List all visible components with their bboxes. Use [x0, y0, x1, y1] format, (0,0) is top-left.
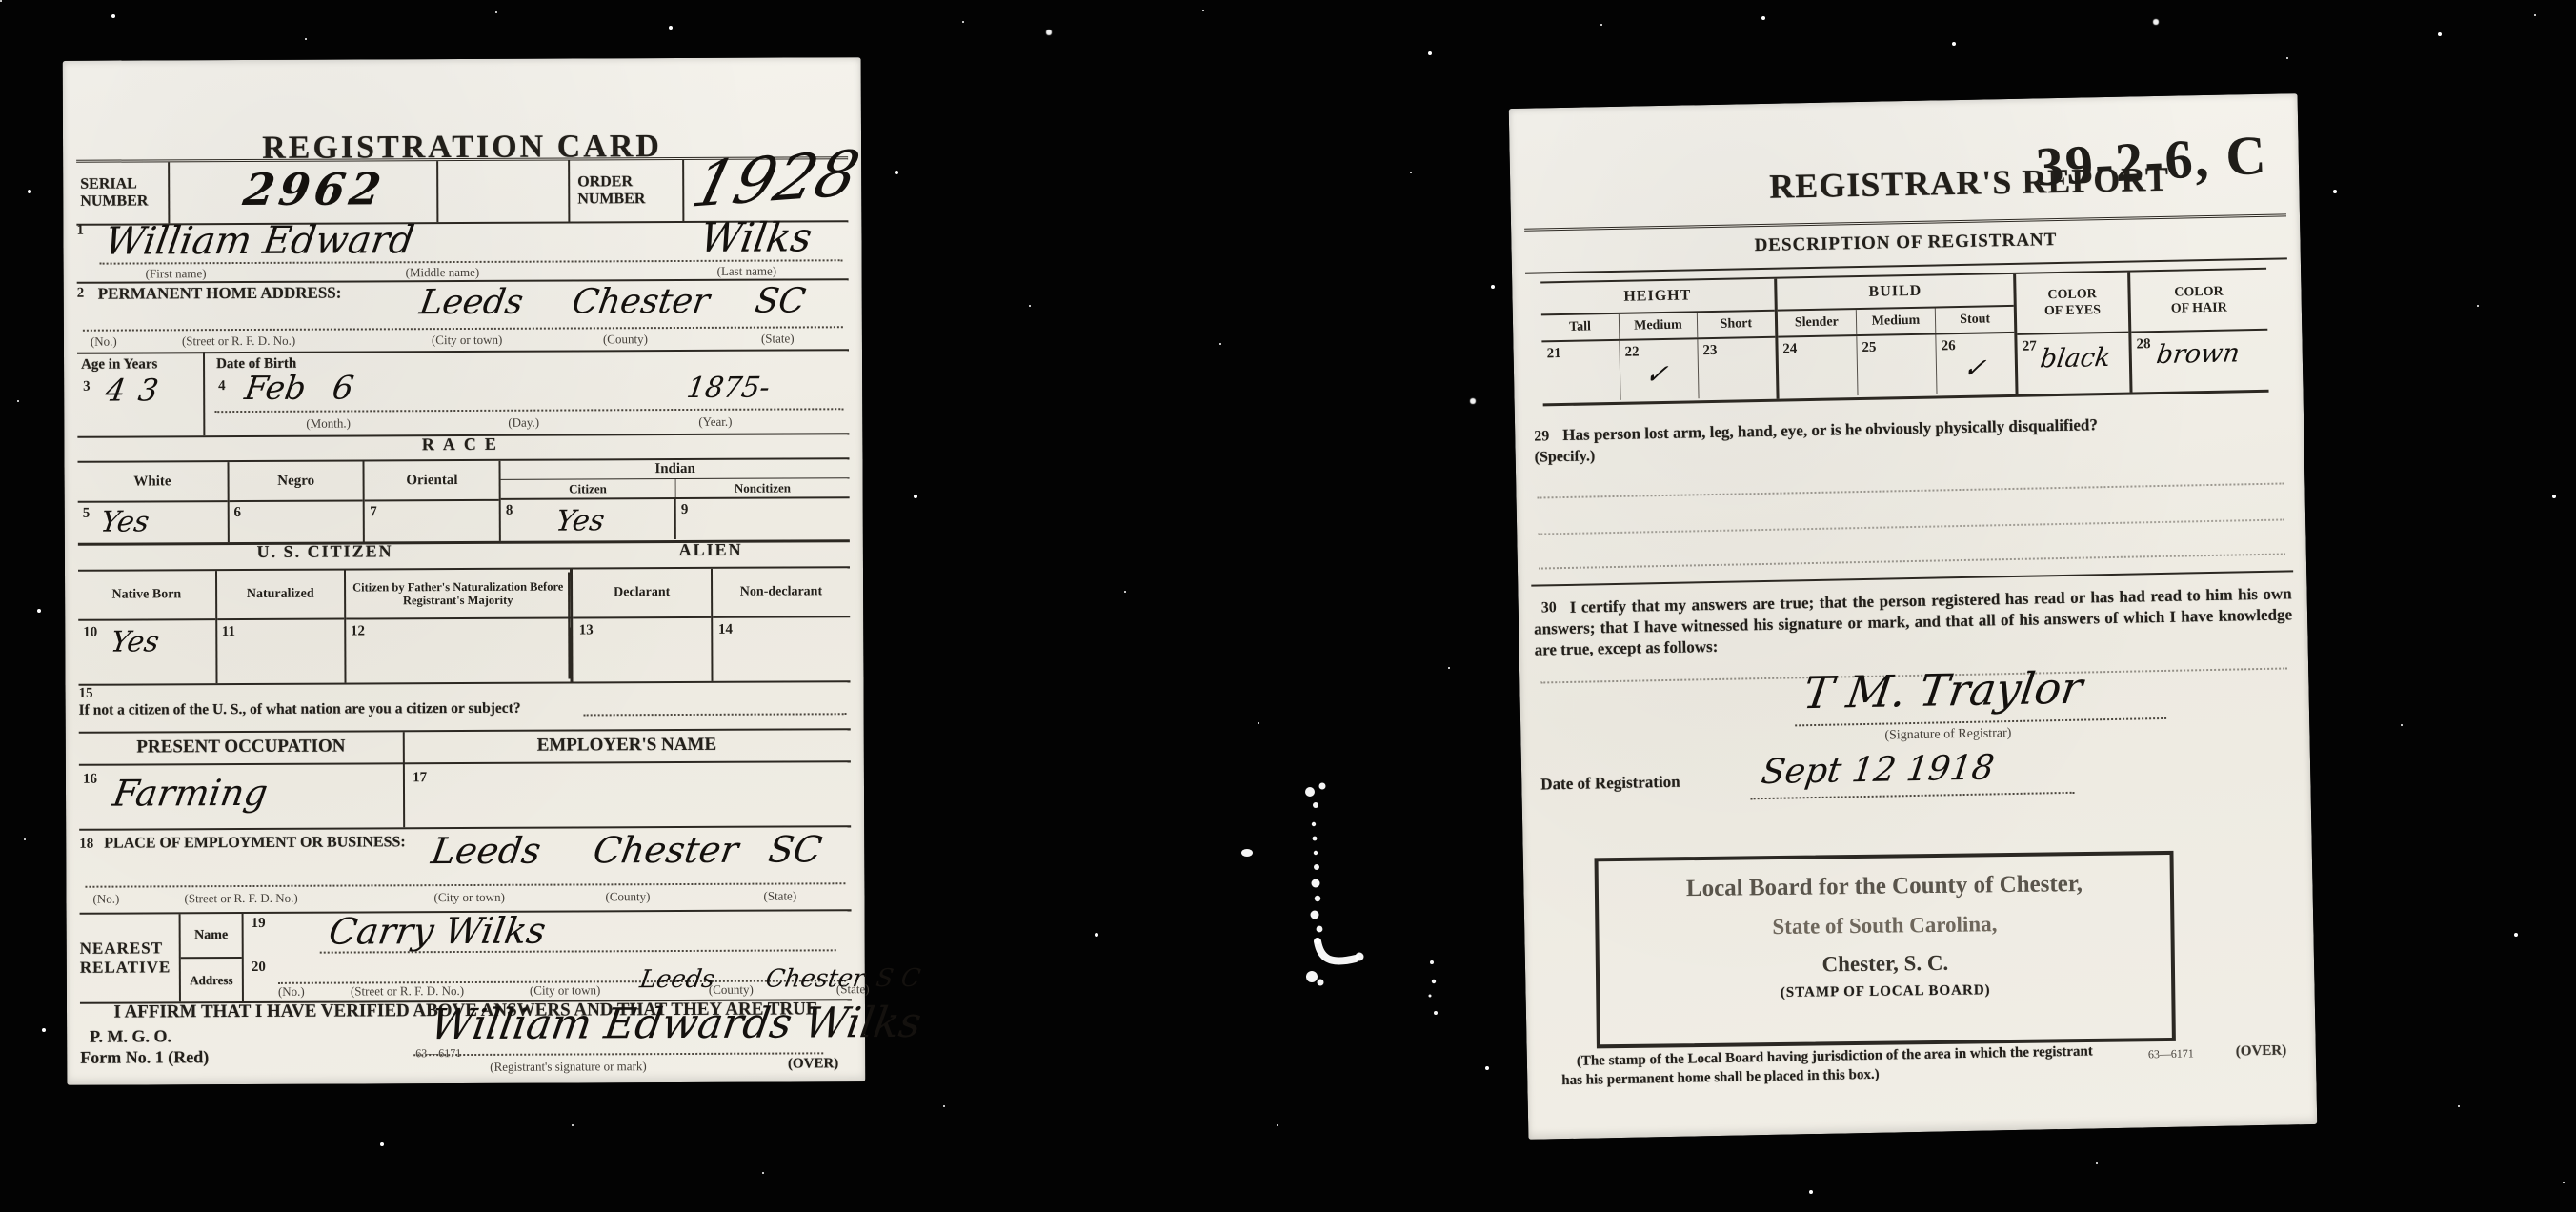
registrar-signature-handwriting: T M. Traylor [1801, 666, 2084, 716]
order-number-value: 1928 [686, 142, 865, 216]
dob-year-handwriting: 1875- [685, 374, 772, 403]
hair-header: COLOR OF HAIR [2130, 270, 2267, 333]
race-indian-header: Indian [501, 459, 850, 480]
employment-county-label: (County) [605, 889, 650, 904]
medium-height-header: Medium [1619, 313, 1697, 339]
relative-addr-city-handwriting: Leeds [638, 967, 716, 992]
stamp-line-1: Local Board for the County of Chester, [1599, 870, 2170, 903]
build-header: BUILD [1777, 274, 2014, 312]
race-negro-cell: 6 [229, 501, 363, 542]
registration-date-line [1751, 792, 2075, 800]
employment-city-label: (City or town) [433, 890, 504, 905]
race-indian-citizen-header: Citizen [501, 479, 675, 498]
registration-date-handwriting: Sept 12 1918 [1760, 751, 1997, 790]
print-code-right-card: 63—6171 [2148, 1046, 2194, 1061]
relative-name-rowlabel: Name [194, 928, 228, 943]
short-cell: 23 [1697, 338, 1776, 399]
stamp-serial-number: 39-2-6, C [2034, 123, 2269, 199]
race-indian-subheaders: Citizen Noncitizen [501, 478, 850, 500]
film-scratch-artifact [1234, 738, 1481, 1024]
address-city-label: (City or town) [432, 333, 502, 348]
race-heading: RACE [422, 434, 505, 454]
question-29: 29 Has person lost arm, leg, hand, eye, … [1534, 412, 2285, 483]
citizenship-section: U. S. CITIZEN ALIEN Native Born 10 Yes N… [78, 539, 851, 684]
q29-number: 29 [1534, 428, 1549, 445]
registrar-signature-label: (Signature of Registrar) [1884, 726, 2011, 744]
relative-rowlabel-col: Name Address [181, 914, 244, 1001]
non-declarant-cell: 14 [713, 617, 851, 681]
medium-height-checkmark: ✓ [1643, 361, 1669, 389]
q29-answer-line-3 [1539, 553, 2285, 569]
age-value-handwriting: 43 [104, 374, 174, 405]
cell16-number: 16 [83, 772, 97, 788]
over-label-left-card: (OVER) [788, 1056, 838, 1072]
relative-street-label: (Street or R. F. D. No.) [351, 983, 464, 1000]
slender-header: Slender [1778, 310, 1857, 336]
address-county-handwriting: Chester [570, 285, 712, 320]
relative-no-label: (No.) [278, 984, 305, 1000]
age-number: 3 [83, 379, 91, 395]
race-indian-noncitizen-cell: 9 [674, 498, 850, 539]
relative-addr-rowlabel: Address [190, 973, 232, 988]
race-col-oriental: Oriental 7 [363, 461, 499, 542]
serial-number-label: SERIAL NUMBER [76, 162, 168, 223]
race-white-answer: Yes [98, 508, 151, 536]
form-number-label: Form No. 1 (Red) [80, 1047, 209, 1068]
q29-specify-label: (Specify.) [1535, 448, 1596, 466]
order-number-label: ORDER NUMBER [568, 160, 684, 222]
relative-county-label: (County) [709, 982, 754, 998]
employment-place-section: 18 PLACE OF EMPLOYMENT OR BUSINESS: Leed… [79, 825, 851, 911]
hair-cell: 28 brown [2131, 331, 2268, 393]
citizen-by-father-col: Citizen by Father's Naturalization Befor… [344, 570, 571, 683]
serial-number-box: 2962 [168, 161, 438, 223]
registrars-report-card: REGISTRAR'S REPORT 39-2-6, C DESCRIPTION… [1509, 93, 2318, 1140]
dob-month-label: (Month.) [306, 416, 351, 432]
dob-day-handwriting: 6 [331, 372, 356, 404]
registration-footer: P. M. G. O. Form No. 1 (Red) 63—6171 Wil… [80, 1021, 852, 1082]
native-born-col: Native Born 10 Yes [78, 571, 215, 684]
age-dob-divider [203, 352, 205, 435]
employer-heading: EMPLOYER'S NAME [537, 735, 717, 756]
nearest-relative-label: NEAREST RELATIVE [80, 914, 181, 1001]
tall-cell: 21 [1541, 341, 1620, 402]
race-negro-header: Negro [229, 461, 363, 502]
native-born-cell: 10 Yes [78, 620, 215, 684]
height-group: HEIGHT Tall Medium Short 21 22 ✓ 23 [1540, 279, 1776, 404]
non-declarant-header: Non-declarant [713, 568, 850, 618]
description-subtitle-wrap: DESCRIPTION OF REGISTRANT [1524, 225, 2286, 260]
occupation-handwriting: Farming [111, 775, 270, 812]
line15-dotted-line [584, 713, 847, 716]
medium-build-header: Medium [1856, 309, 1936, 335]
cell20-number: 20 [252, 959, 266, 976]
race-col-negro: Negro 6 [227, 461, 363, 542]
home-address-line: 2 PERMANENT HOME ADDRESS: Leeds Chester … [77, 278, 849, 354]
home-address-heading: PERMANENT HOME ADDRESS: [98, 284, 342, 304]
address-street-label: (Street or R. F. D. No.) [182, 333, 295, 350]
build-group: BUILD Slender Medium Stout 24 25 26 ✓ [1774, 274, 2016, 399]
stout-cell: 26 ✓ [1935, 333, 2015, 394]
scanned-document-page: REGISTRATION CARD SERIAL NUMBER 2962 ORD… [0, 0, 2576, 1212]
native-born-answer: Yes [109, 628, 161, 656]
race-white-cell: 5 Yes [78, 502, 228, 543]
q30-certification-text: I certify that my answers are true; that… [1534, 583, 2293, 661]
relative-city-label: (City or town) [530, 982, 600, 998]
question-30: 30 I certify that my answers are true; t… [1534, 583, 2293, 661]
address-state-handwriting: SC [753, 284, 808, 318]
description-table: HEIGHT Tall Medium Short 21 22 ✓ 23 BUIL… [1540, 268, 2268, 407]
middle-name-label: (Middle name) [406, 265, 480, 280]
employment-place-heading: PLACE OF EMPLOYMENT OR BUSINESS: [104, 834, 406, 852]
address-state-label: (State) [761, 331, 795, 346]
race-indian-citizen-cell: 8 Yes [501, 499, 674, 540]
address-dotted-line [83, 326, 843, 331]
alien-heading: ALIEN [679, 540, 743, 559]
q29-answer-line-2 [1538, 518, 2284, 535]
over-label-right-card: (OVER) [2236, 1043, 2287, 1060]
naturalized-cell: 11 [217, 620, 345, 684]
line15-section: 15 If not a citizen of the U. S., of wha… [79, 682, 851, 730]
stamp-line-3: Chester, S. C. [1600, 948, 2171, 980]
citizenship-table: Native Born 10 Yes Naturalized 11 Citi [78, 566, 851, 686]
slender-cell: 24 [1778, 336, 1857, 397]
race-oriental-cell: 7 [365, 501, 499, 542]
eyes-color-handwriting: black [2039, 345, 2112, 372]
declarant-cell: 13 [574, 618, 712, 682]
name-line: 1 William Edward Wilks (First name) (Mid… [76, 217, 848, 284]
employment-county-handwriting: Chester [591, 832, 740, 869]
registrant-signature-handwriting: William Edwards Wilks [428, 1002, 924, 1046]
us-citizen-heading-wrap: U. S. CITIZEN [78, 541, 572, 563]
signature-dotted-line [413, 1052, 823, 1056]
race-indian-noncitizen-header: Noncitizen [674, 478, 850, 497]
race-col-indian: Indian Citizen Noncitizen 8 Yes 9 [499, 459, 850, 541]
alien-heading-wrap: ALIEN [572, 539, 850, 560]
stout-checkmark: ✓ [1962, 354, 1987, 382]
occupation-section: PRESENT OCCUPATION EMPLOYER'S NAME 16 Fa… [79, 728, 851, 831]
stamp-box-caption: (STAMP OF LOCAL BOARD) [1600, 980, 2171, 1003]
declarant-col: Declarant 13 [573, 569, 711, 682]
stamp-instruction-note: (The stamp of the Local Board having jur… [1561, 1042, 2096, 1090]
native-born-header: Native Born [78, 571, 215, 621]
relative-name-rowlabel-wrap: Name [181, 914, 242, 959]
q29-answer-line-1 [1538, 482, 2284, 498]
hair-color-handwriting: brown [2155, 340, 2242, 368]
description-subtitle: DESCRIPTION OF REGISTRANT [1754, 230, 2057, 255]
race-section: RACE White 5 Yes Negro 6 Orient [77, 433, 849, 541]
relative-content: 19 Carry Wilks 20 (No.) (Street or R. F.… [244, 911, 852, 1001]
film-dust-speckles [0, 0, 2, 2]
stamp-line-2: State of South Carolina, [1599, 910, 2170, 941]
race-table: White 5 Yes Negro 6 Oriental 7 [77, 457, 849, 546]
eyes-header: COLOR OF EYES [2016, 273, 2128, 335]
employer-heading-wrap: EMPLOYER'S NAME [403, 734, 851, 757]
address-city-handwriting: Leeds [417, 286, 526, 320]
registrant-signature-label: (Registrant's signature or mark) [490, 1059, 647, 1075]
citizen-by-father-header: Citizen by Father's Naturalization Befor… [346, 570, 571, 620]
pmgo-label: P. M. G. O. [90, 1026, 171, 1046]
us-citizen-group: Native Born 10 Yes Naturalized 11 Citi [78, 570, 571, 684]
alien-group: Declarant 13 Non-declarant 14 [570, 568, 850, 681]
race-col-white: White 5 Yes [77, 462, 227, 543]
line15-number: 15 [79, 686, 93, 702]
occupation-header-rule [79, 760, 851, 766]
q29-text: Has person lost arm, leg, hand, eye, or … [1562, 415, 2098, 445]
tall-header: Tall [1541, 314, 1619, 341]
nearest-relative-section: NEAREST RELATIVE Name Address 19 Carry W… [80, 909, 852, 1004]
first-middle-name-handwriting: William Edward [102, 221, 416, 260]
race-heading-wrap: RACE [77, 433, 849, 456]
citizen-by-father-cell: 12 [346, 619, 571, 683]
employment-street-label: (Street or R. F. D. No.) [184, 891, 297, 907]
hair-group: COLOR OF HAIR 28 brown [2127, 270, 2268, 393]
last-name-handwriting: Wilks [697, 217, 815, 258]
line1-number: 1 [76, 223, 84, 239]
non-declarant-col: Non-declarant 14 [711, 568, 851, 681]
naturalized-col: Naturalized 11 [214, 571, 344, 684]
local-board-stamp-box: Local Board for the County of Chester, S… [1595, 851, 2176, 1048]
cell19-number: 19 [252, 916, 266, 932]
employment-no-label: (No.) [92, 892, 119, 907]
serial-row-spacer [438, 161, 568, 223]
line15-question: If not a citizen of the U. S., of what n… [79, 700, 521, 719]
line18-number: 18 [79, 837, 93, 853]
order-number-box: 1928 [684, 159, 848, 221]
first-name-label: (First name) [146, 266, 207, 281]
address-no-label: (No.) [91, 334, 117, 350]
eyes-cell: 27 black [2018, 333, 2130, 394]
dob-number: 4 [218, 378, 226, 394]
relative-addr-rowlabel-wrap: Address [181, 959, 242, 1001]
declarant-header: Declarant [573, 569, 710, 619]
cell17-number: 17 [413, 770, 427, 786]
relative-name-handwriting: Carry Wilks [327, 913, 549, 950]
medium-build-cell: 25 [1856, 334, 1936, 395]
age-dob-row: Age in Years 3 43 Date of Birth 4 Feb 6 … [77, 349, 849, 438]
height-header: HEIGHT [1540, 279, 1774, 316]
employment-state-label: (State) [763, 888, 796, 903]
q30-divider [1531, 570, 2293, 586]
race-oriental-header: Oriental [365, 461, 499, 502]
us-citizen-heading: U. S. CITIZEN [257, 541, 393, 561]
build-cells: 24 25 26 ✓ [1778, 333, 2016, 397]
race-white-header: White [77, 462, 227, 503]
relative-addr-state-handwriting: S C [875, 966, 922, 991]
last-name-label: (Last name) [717, 264, 777, 279]
dob-dotted-line [214, 408, 843, 413]
registrar-signature-line [1795, 717, 2166, 726]
race-indian-cells: 8 Yes 9 [501, 498, 850, 540]
eyes-group: COLOR OF EYES 27 black [2013, 273, 2129, 394]
height-cells: 21 22 ✓ 23 [1541, 338, 1776, 402]
serial-number-value: 2962 [241, 167, 389, 212]
naturalized-header: Naturalized [216, 571, 343, 621]
occupation-heading: PRESENT OCCUPATION [136, 737, 345, 757]
race-indian-citizen-answer: Yes [554, 507, 607, 535]
address-county-label: (County) [603, 332, 648, 347]
relative-addr-county-handwriting: Chester [764, 966, 867, 991]
employment-city-handwriting: Leeds [429, 833, 543, 870]
dob-year-label: (Year.) [698, 414, 732, 430]
age-label: Age in Years [81, 356, 157, 373]
registration-card: REGISTRATION CARD SERIAL NUMBER 2962 ORD… [63, 57, 866, 1085]
q30-number: 30 [1541, 599, 1557, 616]
short-header: Short [1697, 312, 1775, 338]
medium-height-cell: 22 ✓ [1619, 339, 1698, 400]
dob-month-handwriting: Feb [243, 373, 309, 405]
employment-state-handwriting: SC [766, 831, 824, 867]
occupation-heading-wrap: PRESENT OCCUPATION [79, 736, 403, 757]
stout-header: Stout [1935, 307, 2015, 333]
dob-day-label: (Day.) [508, 415, 539, 431]
employment-dotted-line [85, 882, 845, 887]
line2-number: 2 [77, 286, 85, 302]
date-of-registration-label: Date of Registration [1540, 773, 1680, 795]
